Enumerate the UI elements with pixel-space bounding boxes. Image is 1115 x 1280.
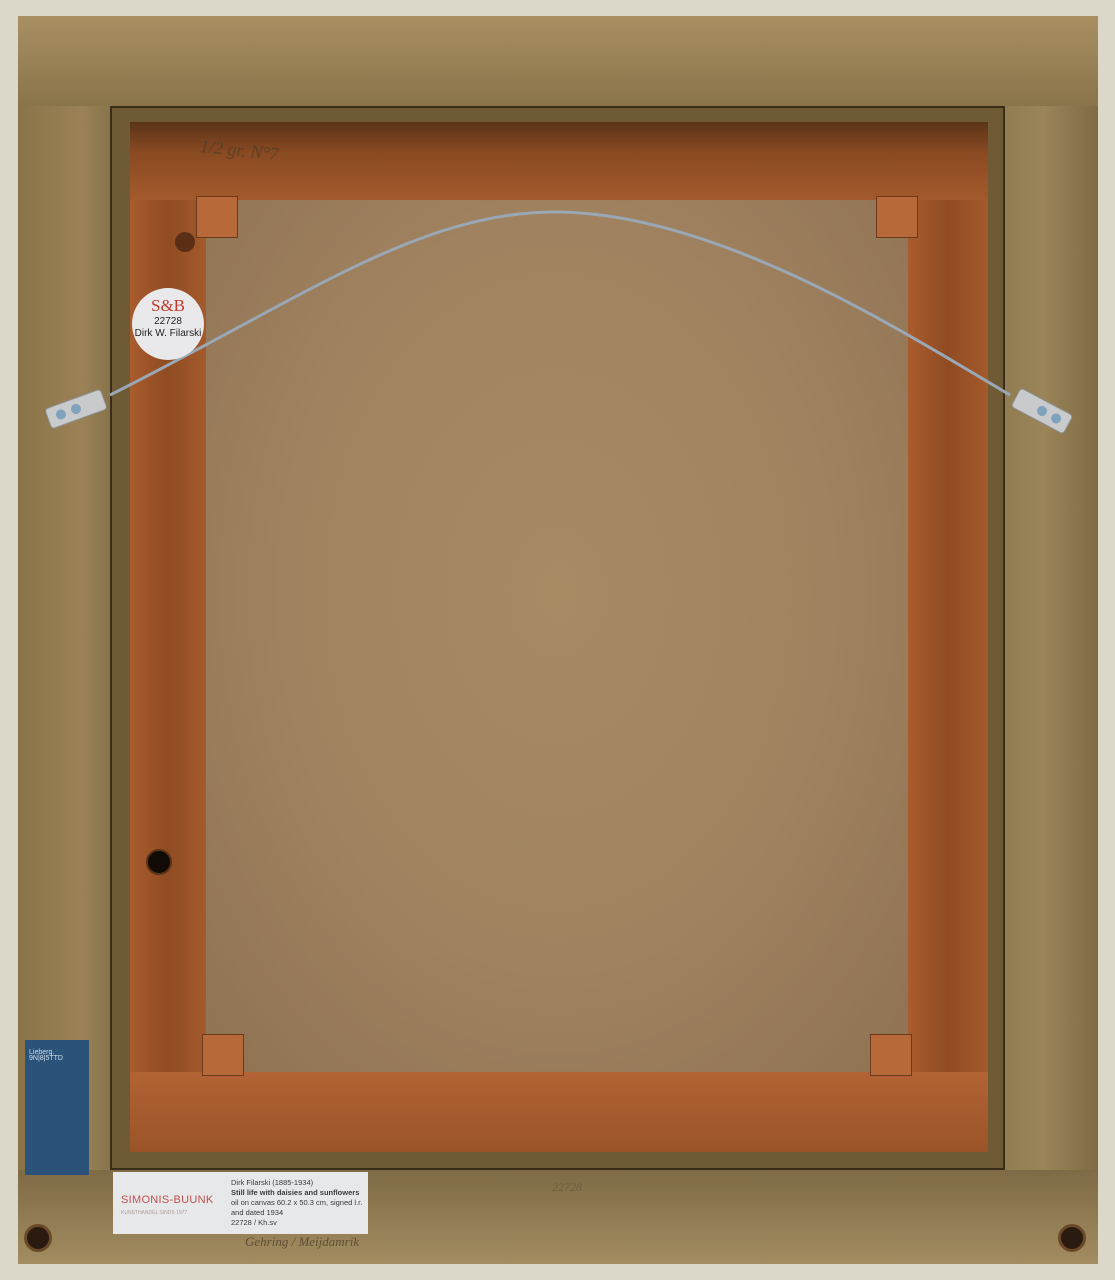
artist-line: Dirk Filarski (1885-1934)	[231, 1178, 366, 1188]
gallery-label: SIMONIS-BUUNK KUNSTHANDEL SINDS 1977 Dir…	[113, 1172, 368, 1234]
corner-key	[196, 196, 238, 238]
corner-key	[202, 1034, 244, 1076]
sticker-artist: Dirk W. Filarski	[132, 328, 204, 340]
gallery-logo: SIMONIS-BUUNK	[121, 1194, 221, 1206]
mounting-hole-right	[1058, 1224, 1086, 1252]
inventory-line: 22728 / Kh.sv	[231, 1218, 366, 1228]
stretcher-bar-left	[130, 122, 206, 1152]
stretcher-bar-right	[908, 122, 988, 1152]
gallery-label-text: Dirk Filarski (1885-1934) Still life wit…	[231, 1178, 366, 1228]
canvas-reverse	[206, 200, 908, 1072]
stretcher-bar-bottom	[130, 1072, 988, 1152]
corner-key	[876, 196, 918, 238]
frame-top-rail	[18, 16, 1098, 106]
title-line: Still life with daisies and sunflowers	[231, 1188, 366, 1198]
corner-key	[870, 1034, 912, 1076]
date-line: and dated 1934	[231, 1208, 366, 1218]
mounting-hole-left	[24, 1224, 52, 1252]
screw-icon	[70, 403, 83, 416]
inventory-sticker: S&B 22728 Dirk W. Filarski	[132, 288, 204, 360]
screw-icon	[55, 408, 68, 421]
pencil-number: 22728	[552, 1180, 582, 1195]
gallery-tagline: KUNSTHANDEL SINDS 1977	[121, 1210, 221, 1216]
sticker-number: 22728	[132, 316, 204, 328]
wood-hole	[146, 849, 172, 875]
screw-icon	[1049, 412, 1063, 426]
screw-icon	[1035, 404, 1049, 418]
blue-label-title: Lieberg. 9N|8|5TTD	[29, 1050, 85, 1062]
pencil-inscription-bottom: Gehring / Meijdamrik	[245, 1234, 359, 1250]
nail-head	[175, 232, 195, 252]
blue-exhibition-label: Lieberg. 9N|8|5TTD	[25, 1040, 89, 1175]
medium-line: oil on canvas 60.2 x 50.3 cm, signed l.r…	[231, 1198, 366, 1208]
sticker-logo: S&B	[132, 296, 204, 316]
